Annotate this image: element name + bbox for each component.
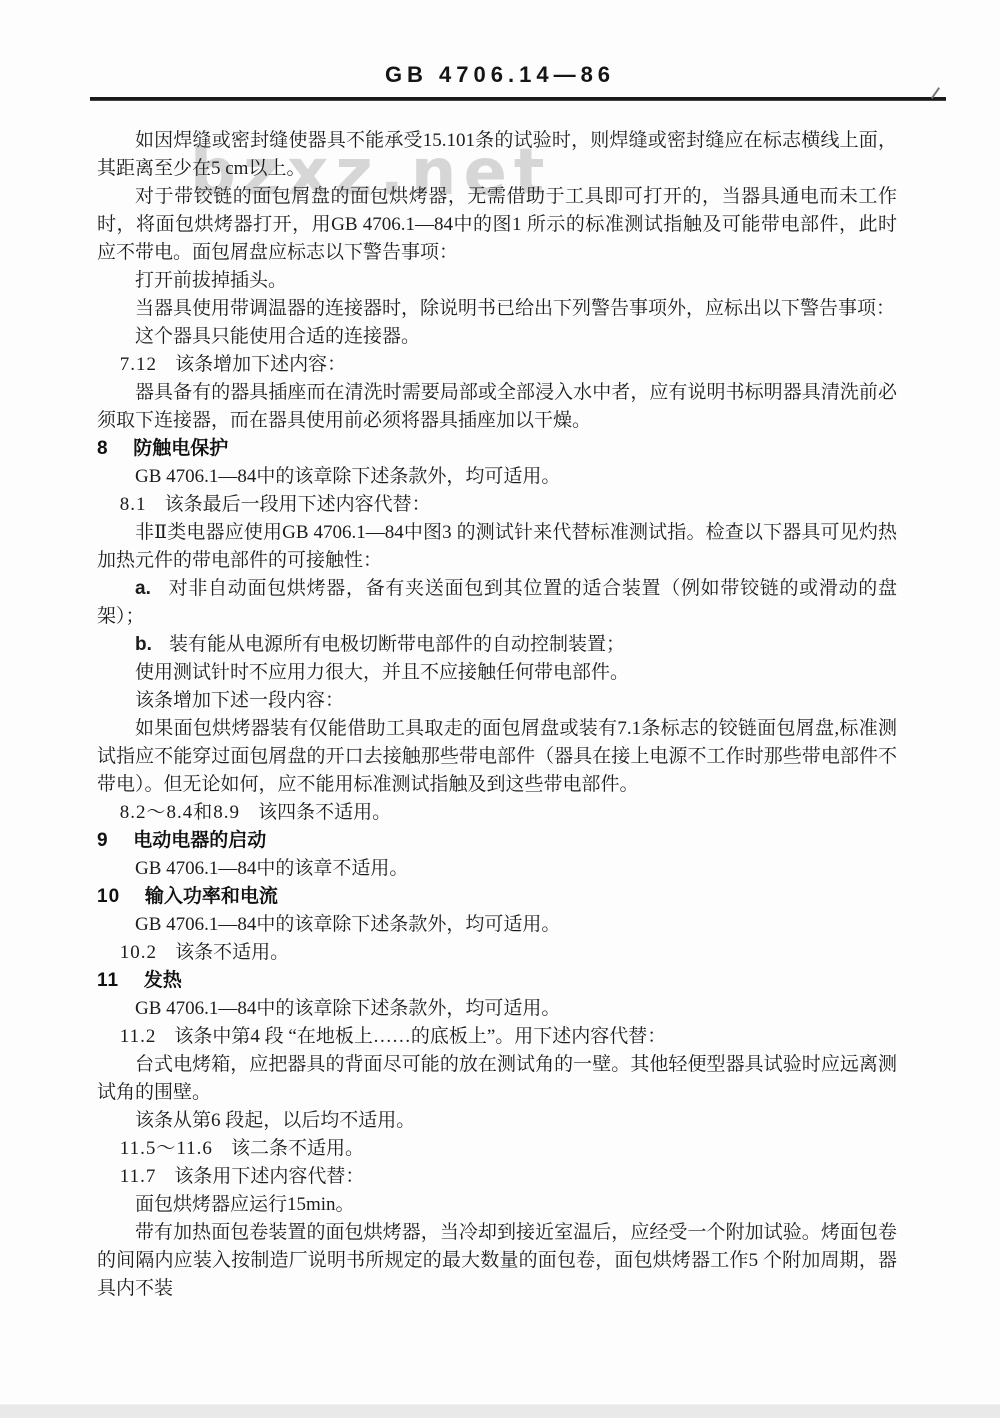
- body-paragraph: GB 4706.1—84中的该章不适用。: [97, 855, 897, 883]
- body-paragraph: 带有加热面包卷装置的面包烘烤器，当冷却到接近室温后，应经受一个附加试验。烤面包卷…: [97, 1219, 897, 1303]
- clause-paragraph: 11.7该条用下述内容代替：: [97, 1163, 897, 1191]
- body-paragraph: GB 4706.1—84中的该章除下述条款外，均可适用。: [97, 995, 897, 1023]
- chapter-number: 8: [97, 438, 109, 459]
- body-paragraph: 如因焊缝或密封缝使器具不能承受15.101条的试验时，则焊缝或密封缝应在标志横线…: [97, 127, 897, 183]
- list-item-marker: b.: [135, 634, 152, 655]
- clause-number: 11.5～11.6: [120, 1138, 213, 1159]
- scanned-page: bzxz.net GB 4706.14—86 如因焊缝或密封缝使器具不能承受15…: [0, 0, 1000, 1405]
- clause-paragraph: 10.2该条不适用。: [97, 939, 897, 967]
- clause-number: 8.2～8.4和8.9: [120, 802, 240, 823]
- clause-number: 11.7: [120, 1166, 157, 1187]
- chapter-title: 发热: [144, 970, 182, 991]
- document-body: 如因焊缝或密封缝使器具不能承受15.101条的试验时，则焊缝或密封缝应在标志横线…: [97, 127, 897, 1303]
- chapter-heading: 11发热: [97, 967, 897, 995]
- chapter-heading: 9电动电器的启动: [97, 827, 897, 855]
- chapter-title: 输入功率和电流: [145, 886, 278, 907]
- clause-number: 7.12: [120, 354, 157, 375]
- chapter-number: 9: [97, 830, 109, 851]
- body-paragraph: GB 4706.1—84中的该章除下述条款外，均可适用。: [97, 911, 897, 939]
- chapter-title: 电动电器的启动: [133, 830, 266, 851]
- body-paragraph: GB 4706.1—84中的该章除下述条款外，均可适用。: [97, 463, 897, 491]
- chapter-number: 11: [97, 970, 119, 991]
- chapter-heading: 10输入功率和电流: [97, 883, 897, 911]
- chapter-number: 10: [97, 886, 120, 907]
- clause-number: 8.1: [120, 494, 147, 515]
- body-paragraph: 面包烘烤器应运行15min。: [97, 1191, 897, 1219]
- clause-paragraph: 11.5～11.6该二条不适用。: [97, 1135, 897, 1163]
- body-paragraph: 对于带铰链的面包屑盘的面包烘烤器，无需借助于工具即可打开的，当器具通电而未工作时…: [97, 183, 897, 267]
- clause-paragraph: 7.12该条增加下述内容：: [97, 351, 897, 379]
- clause-number: 10.2: [120, 942, 157, 963]
- body-paragraph: 器具备有的器具插座而在清洗时需要局部或全部浸入水中者，应有说明书标明器具清洗前必…: [97, 379, 897, 435]
- body-paragraph: 如果面包烘烤器装有仅能借助工具取走的面包屑盘或装有7.1条标志的铰链面包屑盘,标…: [97, 715, 897, 799]
- clause-paragraph: 8.1该条最后一段用下述内容代替：: [97, 491, 897, 519]
- body-paragraph: 台式电烤箱，应把器具的背面尽可能的放在测试角的一壁。其他轻便型器具试验时应远离测…: [97, 1051, 897, 1107]
- chapter-title: 防触电保护: [133, 438, 228, 459]
- clause-paragraph: 8.2～8.4和8.9该四条不适用。: [97, 799, 897, 827]
- body-paragraph: 打开前拔掉插头。: [97, 267, 897, 295]
- standard-number-header: GB 4706.14—86: [0, 62, 1000, 88]
- body-paragraph: 当器具使用带调温器的连接器时，除说明书已给出下列警告事项外，应标出以下警告事项：: [97, 295, 897, 323]
- body-paragraph: 非Ⅱ类电器应使用GB 4706.1—84中图3 的测试针来代替标准测试指。检查以…: [97, 519, 897, 575]
- list-item-marker: a.: [135, 578, 151, 599]
- clause-number: 11.2: [120, 1026, 157, 1047]
- body-paragraph: 该条增加下述一段内容：: [97, 687, 897, 715]
- chapter-heading: 8防触电保护: [97, 435, 897, 463]
- clause-paragraph: 11.2该条中第4 段 “在地板上……的底板上”。用下述内容代替：: [97, 1023, 897, 1051]
- list-item: a.对非自动面包烘烤器，备有夹送面包到其位置的适合装置（例如带铰链的或滑动的盘架…: [97, 575, 897, 631]
- body-paragraph: 这个器具只能使用合适的连接器。: [97, 323, 897, 351]
- body-paragraph: 使用测试针时不应用力很大，并且不应接触任何带电部件。: [97, 659, 897, 687]
- page-bottom-strip: [0, 1404, 1000, 1418]
- header-rule: [90, 97, 946, 101]
- body-paragraph: 该条从第6 段起，以后均不适用。: [97, 1107, 897, 1135]
- list-item: b.装有能从电源所有电极切断带电部件的自动控制装置；: [97, 631, 897, 659]
